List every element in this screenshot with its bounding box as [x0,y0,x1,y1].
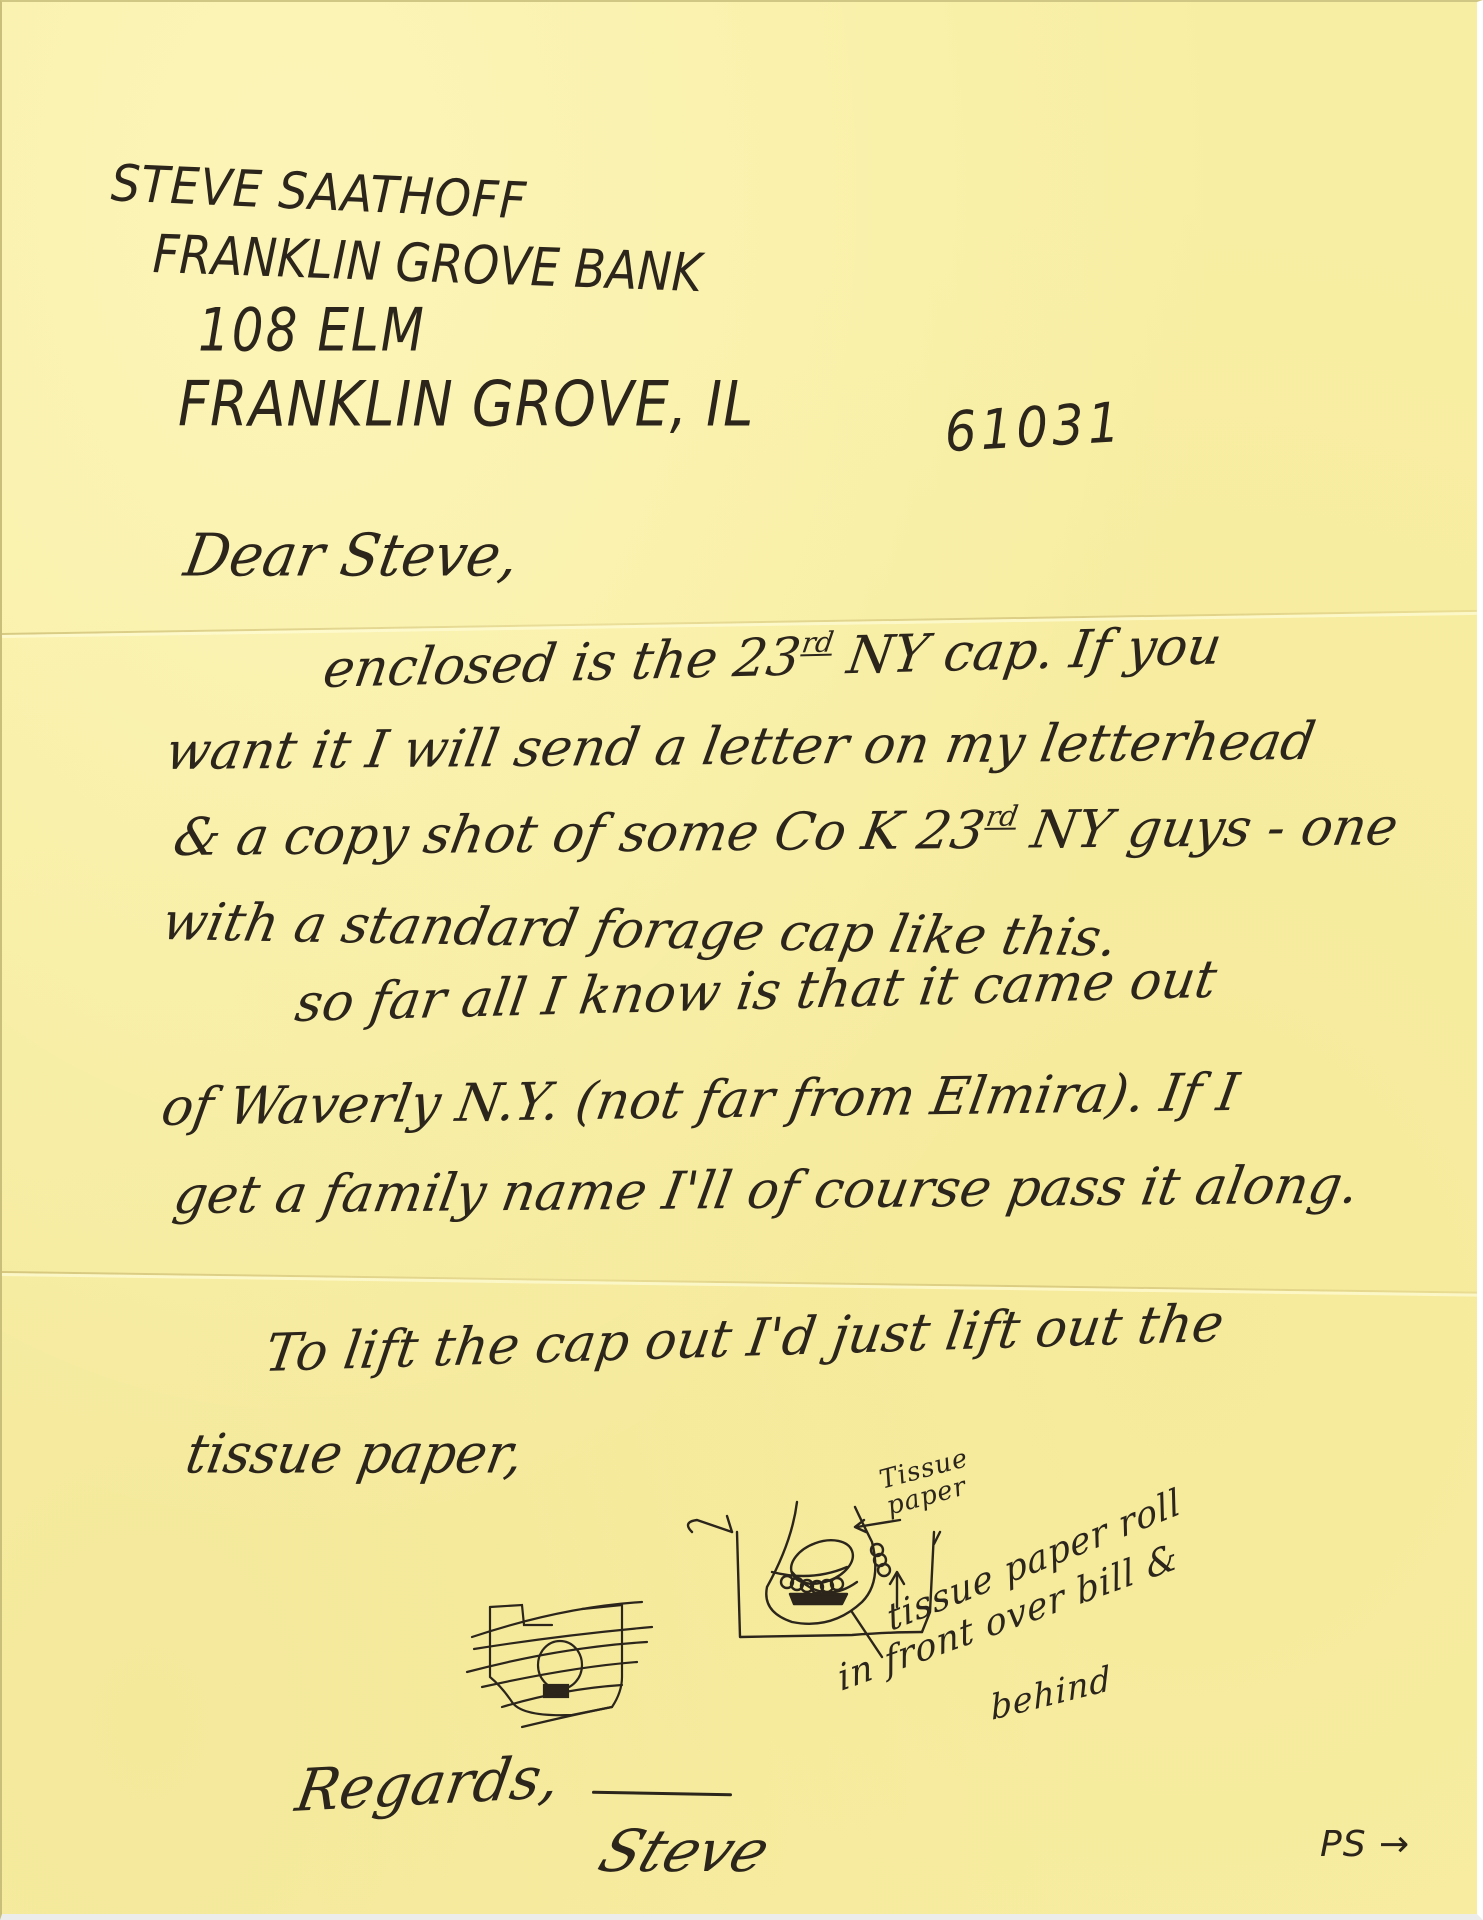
salutation: Dear Steve, [180,527,523,586]
closing: Regards, [292,1748,564,1820]
letter-line-3-post: NY guys - one [1010,797,1402,860]
letter-line-8: To lift the cap out I'd just lift out th… [262,1298,1227,1380]
letter-line-1-pre: enclosed is the 23 [319,627,804,700]
letter-line-1-post: NY cap. If you [827,616,1226,686]
address-city-state: FRANKLIN GROVE, IL [178,374,754,436]
letter-line-1: enclosed is the 23rd NY cap. If you [320,618,1225,696]
address-street: 108 ELM [198,300,426,360]
crossed-out-sketch [462,1577,662,1757]
letter-line-9: tissue paper, [182,1427,527,1482]
letter-line-3: & a copy shot of some Co K 23rd NY guys … [170,799,1402,864]
address-name: STEVE SAATHOFF [110,157,528,226]
sketch-label-roll-line-3: behind [990,1661,1113,1726]
address-zip: 61031 [943,395,1124,460]
letter-line-7: get a family name I'll of course pass it… [170,1160,1362,1222]
letter-line-2: want it I will send a letter on my lette… [162,716,1319,778]
letter-line-5: so far all I know is that it came out [292,954,1220,1030]
crossed-out-cap-drawing-icon [462,1577,662,1757]
letter-line-4: with a standard forage cap like this. [158,896,1122,964]
letter-page: STEVE SAATHOFF FRANKLIN GROVE BANK 108 E… [0,0,1483,1920]
postscript-marker: PS → [1320,1827,1410,1863]
signature-text: Steve [590,1817,779,1885]
address-organization: FRANKLIN GROVE BANK [152,227,703,299]
letter-line-3-pre: & a copy shot of some Co K 23 [169,801,989,868]
signature-flourish [592,1791,732,1796]
fold-crease-lower [2,1268,1477,1299]
signature: Steve [592,1822,778,1880]
letter-line-6: of Waverly N.Y. (not far from Elmira). I… [158,1067,1242,1134]
